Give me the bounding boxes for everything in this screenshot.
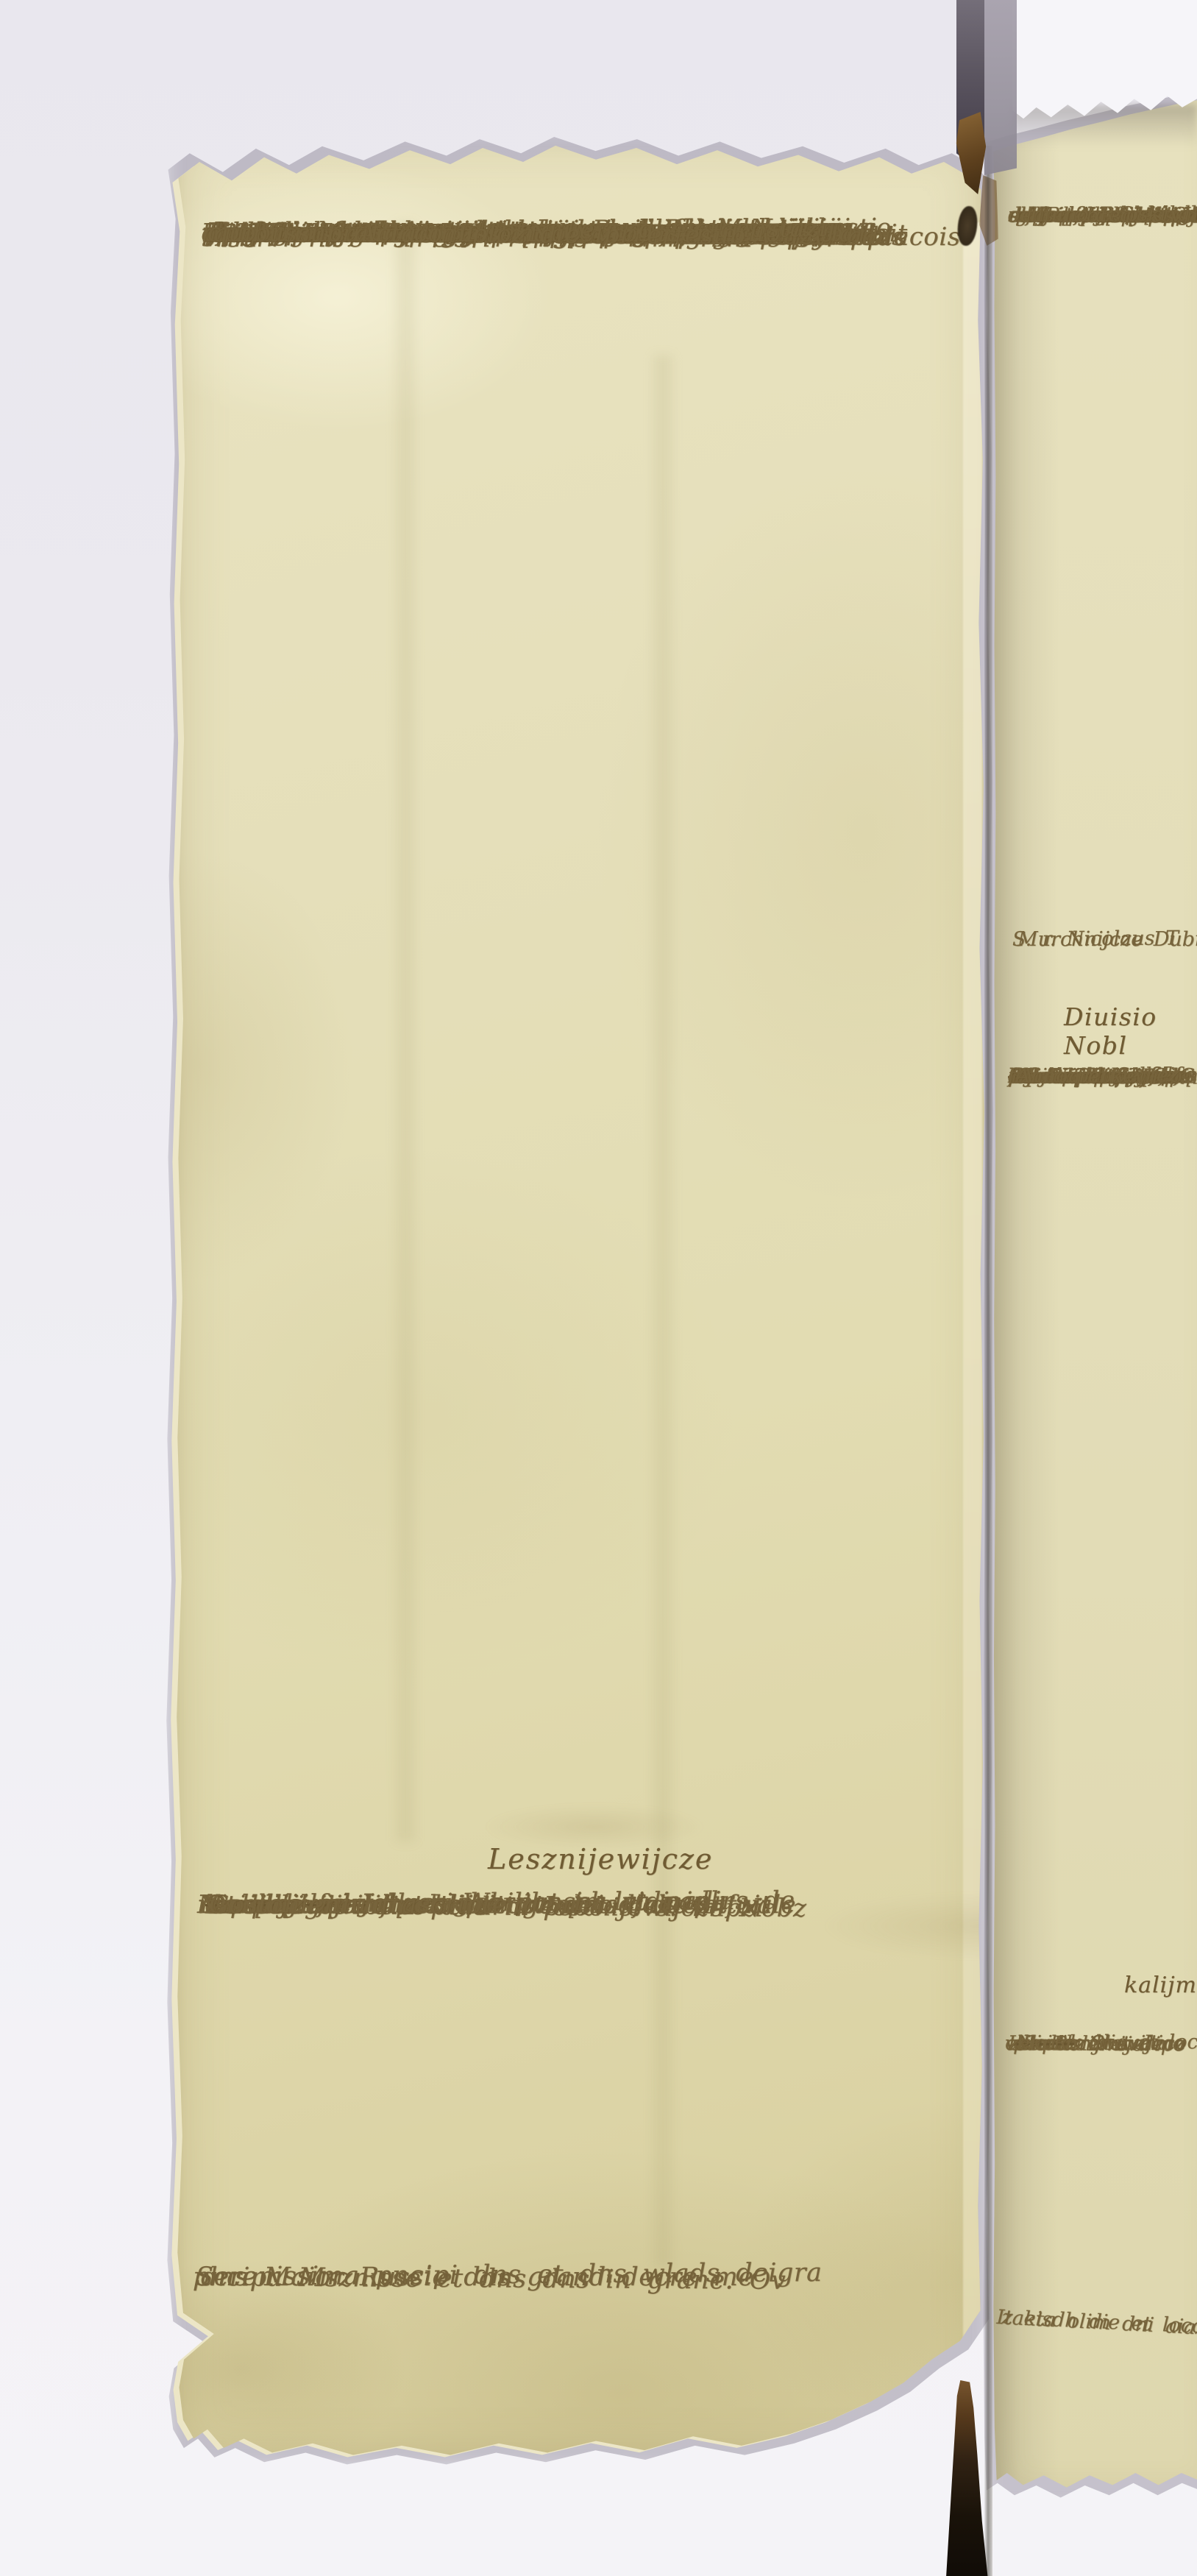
parchment-crease — [396, 222, 415, 1841]
page-edge-highlight — [963, 222, 982, 2416]
interleaf-sheet-shadow — [1012, 105, 1197, 147]
manuscript-line: quibussupra — [213, 215, 369, 252]
gutter-shading — [993, 91, 1059, 2499]
section-heading-kalimije: kalijmije — [1124, 1972, 1197, 1998]
leather-strap-bottom — [942, 2380, 990, 2576]
manuscript-line: zek R nn eva — [1008, 2027, 1150, 2061]
manuscript-line: Gostonien infrascripte gemet — [209, 1887, 604, 1923]
manuscript-line: pncipa Msznisse et dns dns in grane. Ov — [193, 2258, 786, 2300]
manuscript-left-page: Innomine dni Amen Ad ppetuud Rei memoria… — [175, 134, 984, 2462]
manuscript-line: Murchnijcze Dubi — [1017, 926, 1197, 954]
section-heading-divisio: Diuisio Nobl — [1064, 1002, 1197, 1060]
plexiglass-top-edge — [984, 0, 1017, 175]
manuscript-photo: Innomine dni Amen Ad ppetuud Rei memoria… — [0, 0, 1197, 2576]
manuscript-line: fanino R pski g — [1026, 197, 1190, 232]
manuscript-right-page: nisenung Clrid remschkerij qe st pincrma… — [993, 91, 1197, 2499]
manuscript-line: Anno re key — [1016, 1060, 1146, 1093]
parchment-texture — [175, 134, 984, 2462]
plexiglass-edge — [984, 146, 992, 2576]
ink-showthrough — [484, 1805, 705, 1849]
parchment-crease — [653, 355, 672, 2268]
manuscript-line: o lij — [1008, 199, 1049, 232]
